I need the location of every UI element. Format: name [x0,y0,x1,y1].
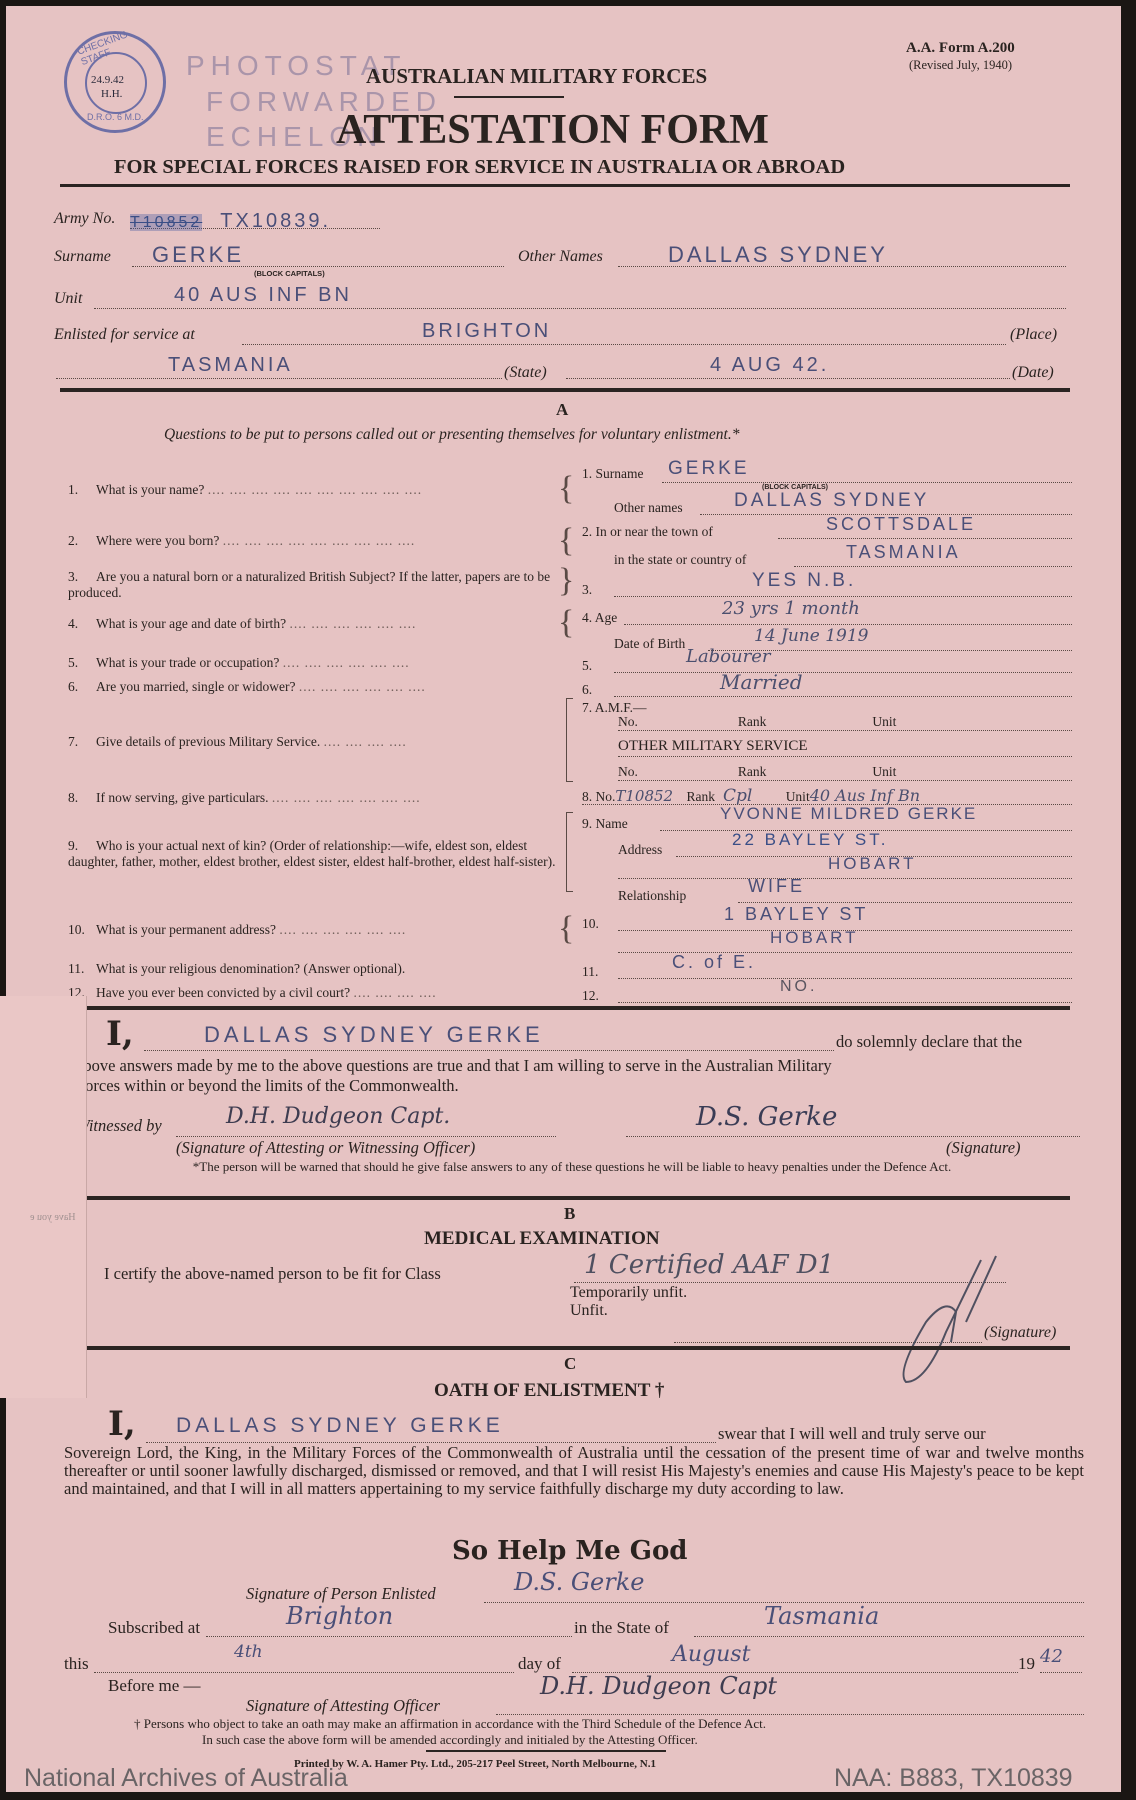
bracket-icon [566,812,573,892]
a9-name-value: YVONNE MILDRED GERKE [720,804,977,823]
stamp-date: 24.9.42 [91,74,124,86]
this-label: this [64,1654,89,1674]
year-value: 42 [1040,1646,1063,1667]
question-4: 4.What is your age and date of birth? ..… [68,616,568,632]
surname-value: GERKE [152,242,244,267]
a1-other-field[interactable]: DALLAS SYDNEY [700,490,1072,515]
a10-value-2: HOBART [770,928,859,947]
medical-class-value: 1 Certified AAF D1 [584,1250,834,1280]
year-field[interactable]: 42 [1040,1646,1082,1673]
a2-state-field[interactable]: TASMANIA [794,542,1072,567]
day-of-label: day of [518,1654,561,1674]
a8-rank-label: Rank [686,789,715,804]
a12-field[interactable]: NO. [618,978,1072,1003]
a7-other-row[interactable]: No.RankUnit [618,764,1072,781]
declaration-i: I, [106,1014,134,1054]
brace-icon: } [558,564,574,598]
declaration-text-3: Forces within or beyond the limits of th… [76,1076,459,1096]
section-b-title: MEDICAL EXAMINATION [424,1228,660,1250]
header-rule [60,184,1070,187]
section-a-letter: A [556,400,568,420]
a6-field[interactable]: Married [614,670,1072,697]
a3-label: 3. [582,582,592,598]
other-names-value: DALLAS SYDNEY [668,242,888,267]
oath-i: I, [108,1404,136,1444]
folded-flap: Have you e [0,996,87,1398]
a2-state-label: in the state or country of [614,552,746,568]
place-field[interactable]: BRIGHTON [242,320,1006,345]
army-no-field[interactable]: T10852 TX10839. [130,210,380,229]
a9-relationship-value: WIFE [748,876,805,896]
question-3: 3.Are you a natural born or a naturalize… [68,569,568,601]
form-title: ATTESTATION FORM [336,106,769,154]
date-suffix: (Date) [1012,364,1054,382]
a7-unit-label: Unit [872,714,896,729]
brace-icon: { [558,524,574,558]
before-me-label: Before me — [108,1676,201,1696]
medical-certify-text: I certify the above-named person to be f… [104,1264,441,1284]
a4-age-field[interactable]: 23 yrs 1 month [624,598,1072,625]
a8-unit-value: 40 Aus Inf Bn [810,786,920,805]
state-of-label: in the State of [574,1618,669,1638]
a4-age-value: 23 yrs 1 month [722,598,860,619]
a1-surname-value: GERKE [668,458,750,479]
question-10: 10.What is your permanent address? .... … [68,922,568,938]
question-7: 7.Give details of previous Military Serv… [68,734,568,750]
brace-icon: { [558,472,574,506]
a12-value: NO. [780,978,817,995]
temporarily-unfit-option: Temporarily unfit. [570,1284,687,1302]
block-capitals-note: (BLOCK CAPITALS) [254,269,325,278]
a10-value-1: 1 BAYLEY ST [724,904,868,924]
printer-rule [426,1750,666,1752]
question-12: 12.Have you ever been convicted by a civ… [68,985,568,1001]
a3-field[interactable]: YES N.B. [614,570,1072,597]
a7-other-unit-label: Unit [872,764,896,779]
subscribed-at-label: Subscribed at [108,1618,200,1638]
a11-value: C. of E. [672,952,756,972]
a10-label: 10. [582,916,599,932]
question-2: 2.Where were you born? .... .... .... ..… [68,533,568,549]
a2-town-field[interactable]: SCOTTSDALE [778,514,1072,539]
a1-other-value: DALLAS SYDNEY [734,490,929,511]
date-field[interactable]: 4 AUG 42. [566,354,1010,379]
witnessed-by-label: Witnessed by [76,1116,162,1136]
a10-field-1[interactable]: 1 BAYLEY ST [618,904,1072,931]
day-field[interactable]: 4th [94,1642,514,1673]
stamp-bottom-text: D.R.O. 6 M.D. [87,112,144,122]
subscribed-at-field[interactable]: Brighton [206,1602,572,1637]
a5-value: Labourer [686,646,771,667]
archive-watermark-right: NAA: B883, TX10839 [834,1764,1073,1793]
oath-state-field[interactable]: Tasmania [694,1602,1084,1637]
a9-address-value-2: HOBART [828,854,917,873]
attestation-form-page: CHECKING STAFF 24.9.42 H.H. D.R.O. 6 M.D… [6,6,1121,1792]
declaration-text-2: above answers made by me to the above qu… [76,1056,832,1076]
flap-show-through-text: Have you e [30,1212,76,1223]
enlistee-signature: D.S. Gerke [696,1102,837,1132]
enlisted-label: Enlisted for service at [54,326,195,344]
a11-field[interactable]: C. of E. [618,952,1072,979]
state-value: TASMANIA [168,354,293,376]
sig-officer-label: Signature of Attesting Officer [246,1696,440,1716]
question-9: 9.Who is your actual next of kin? (Order… [68,838,568,870]
a7-other-service-row[interactable]: OTHER MILITARY SERVICE [618,738,1072,757]
witness-signature: D.H. Dudgeon Capt. [226,1104,450,1129]
checking-staff-stamp: CHECKING STAFF 24.9.42 H.H. D.R.O. 6 M.D… [64,31,166,133]
declaration-name-field[interactable]: DALLAS SYDNEY GERKE [144,1022,834,1051]
a1-surname-label: 1. Surname [582,466,644,482]
dagger-note-1: † Persons who object to take an oath may… [134,1716,766,1732]
question-5: 5.What is your trade or occupation? ....… [68,655,568,671]
sig-person-label: Signature of Person Enlisted [246,1584,436,1604]
declaration-rule [60,1006,1070,1010]
subscribed-at-value: Brighton [286,1602,393,1630]
bracket-icon [566,698,573,782]
section-b-rule [60,1196,1070,1200]
form-revised: (Revised July, 1940) [909,58,1012,73]
signature-caption: (Signature) [946,1138,1021,1158]
enlistee-signature-field[interactable]: D.S. Gerke [626,1102,1080,1137]
state-field[interactable]: TASMANIA [56,354,502,379]
a9-name-label: 9. Name [582,816,628,832]
a7-other-label: OTHER MILITARY SERVICE [618,738,808,754]
unit-label: Unit [54,290,82,308]
medical-signature-caption: (Signature) [984,1324,1056,1342]
month-value: August [672,1642,750,1667]
unit-value: 40 AUS INF BN [174,284,352,306]
a10-field-2[interactable]: HOBART [618,928,1072,953]
other-names-field[interactable]: DALLAS SYDNEY [618,242,1066,267]
year-prefix: 19 [1018,1654,1035,1674]
question-8: 8.If now serving, give particulars. ....… [68,790,568,806]
question-6: 6.Are you married, single or widower? ..… [68,679,568,695]
a12-label: 12. [582,988,599,1004]
declaration-text-1: do solemnly declare that the [836,1032,1022,1052]
archive-watermark-left: National Archives of Australia [24,1764,348,1793]
section-a-intro: Questions to be put to persons called ou… [164,426,739,444]
a5-field[interactable]: Labourer [614,646,1072,673]
section-c-title: OATH OF ENLISTMENT † [434,1380,664,1402]
section-c-letter: C [564,1354,576,1374]
a7-rank-label: Rank [738,714,767,729]
a1-surname-field[interactable]: GERKE [662,458,1072,483]
date-value: 4 AUG 42. [710,354,829,376]
a2-state-value: TASMANIA [846,542,961,562]
a7-other-no-label: No. [618,764,638,779]
org-name: AUSTRALIAN MILITARY FORCES [366,64,707,89]
section-c-rule [60,1346,1070,1350]
org-underline [454,96,564,98]
month-field[interactable]: August [572,1642,1018,1673]
declaration-name-value: DALLAS SYDNEY GERKE [204,1022,544,1047]
a7-amf-row[interactable]: No.RankUnit [618,714,1072,731]
state-suffix: (State) [504,364,547,382]
unit-field[interactable]: 40 AUS INF BN [94,284,1066,309]
form-code: A.A. Form A.200 [906,40,1015,57]
dagger-note-2: In such case the above form will be amen… [202,1732,698,1748]
a6-label: 6. [582,682,592,698]
question-1: 1.What is your name? .... .... .... ....… [68,482,568,498]
place-value: BRIGHTON [422,320,551,342]
brace-icon: { [558,606,574,640]
day-value: 4th [234,1642,263,1662]
a8-no-value: T10852 [615,787,673,805]
oath-text-lead: swear that I will well and truly serve o… [718,1424,986,1444]
sig-person-field[interactable]: D.S. Gerke [484,1568,1084,1603]
a9-address-value-1: 22 BAYLEY ST. [732,830,889,849]
a8-no-label: 8. No. [582,789,615,804]
sig-officer-field[interactable]: D.H. Dudgeon Capt [496,1672,1084,1715]
brace-icon: { [558,912,574,946]
surname-field[interactable]: GERKE [132,242,504,267]
a7-other-rank-label: Rank [738,764,767,779]
section-b-letter: B [564,1204,575,1224]
oath-name-field[interactable]: DALLAS SYDNEY GERKE [146,1414,716,1443]
a9-address-field-1[interactable]: 22 BAYLEY ST. [676,830,1072,857]
oath-state-value: Tasmania [764,1602,879,1630]
a4-age-label: 4. Age [582,610,617,626]
sig-officer-value: D.H. Dudgeon Capt [540,1672,777,1700]
a3-value: YES N.B. [752,570,856,591]
a1-other-label: Other names [614,500,683,516]
witness-caption: (Signature of Attesting or Witnessing Of… [176,1138,475,1158]
a2-town-value: SCOTTSDALE [826,514,976,534]
army-no-label: Army No. [54,210,115,228]
a7-no-label: No. [618,714,638,729]
declaration-footnote: *The person will be warned that should h… [102,1160,1042,1174]
a9-name-field[interactable]: YVONNE MILDRED GERKE [660,804,1072,831]
sig-person-value: D.S. Gerke [514,1568,644,1596]
stamp-initials: H.H. [101,88,122,100]
unfit-option: Unfit. [570,1302,608,1320]
a6-value: Married [720,670,803,694]
form-subtitle: FOR SPECIAL FORCES RAISED FOR SERVICE IN… [114,156,845,179]
witness-signature-field[interactable]: D.H. Dudgeon Capt. [176,1104,556,1137]
a4-dob-value: 14 June 1919 [754,626,868,646]
a5-label: 5. [582,658,592,674]
a2-town-label: 2. In or near the town of [582,524,713,540]
a9-relationship-label: Relationship [618,888,686,904]
a8-rank-value: Cpl [723,786,752,806]
a8-unit-label: Unit [786,789,810,804]
a11-label: 11. [582,964,598,980]
printer-imprint: Printed by W. A. Hamer Pty. Ltd., 205-21… [294,1758,656,1770]
so-help-me-god: So Help Me God [452,1536,688,1566]
oath-body: Sovereign Lord, the King, in the Militar… [64,1444,1084,1498]
section-a-rule [60,388,1070,392]
medical-officer-signature [886,1252,1006,1392]
place-suffix: (Place) [1010,326,1057,344]
a9-relationship-field[interactable]: WIFE [738,876,1072,903]
army-no-struck: T10852 [130,214,202,231]
oath-name-value: DALLAS SYDNEY GERKE [176,1414,504,1437]
question-11: 11.What is your religious denomination? … [68,961,568,977]
other-names-label: Other Names [518,248,603,266]
a8-row[interactable]: 8. No.T10852 RankCpl Unit40 Aus Inf Bn [582,786,1072,805]
army-no-value: TX10839. [220,210,331,232]
surname-label: Surname [54,248,111,266]
